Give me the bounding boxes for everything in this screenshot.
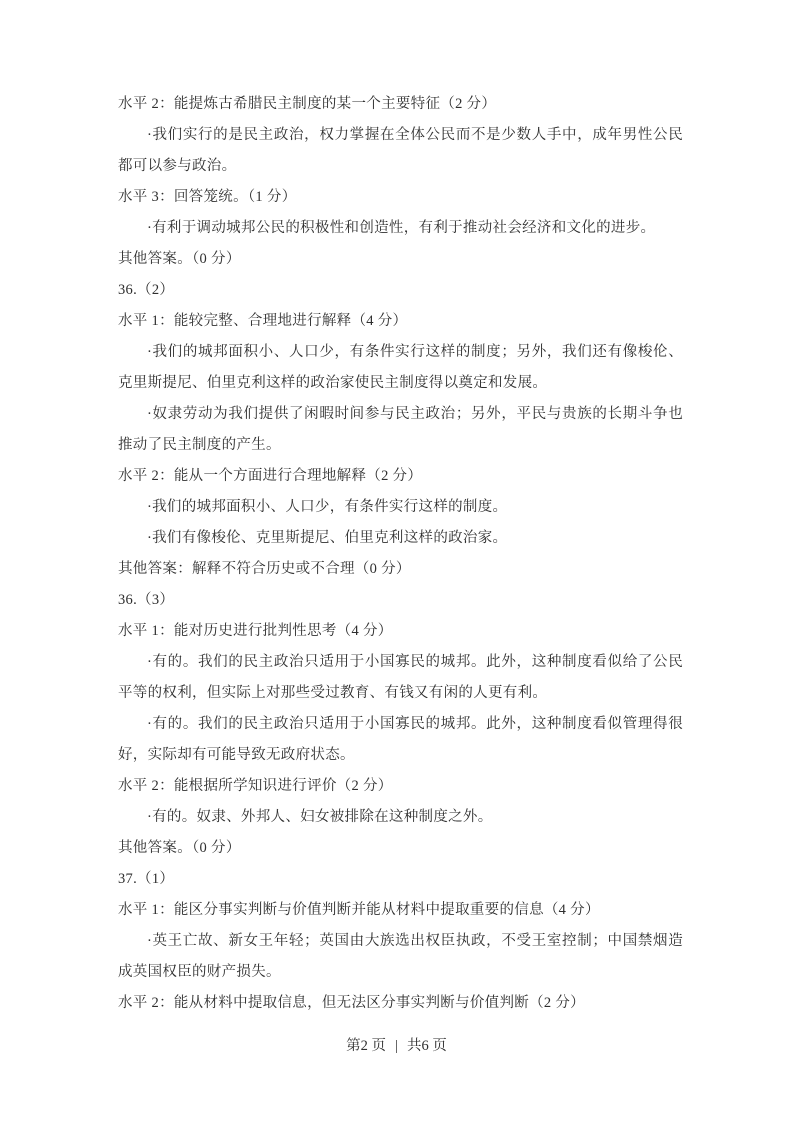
answer-bullet-item: ·有的。奴隶、外邦人、妇女被排除在这种制度之外。 <box>118 802 683 833</box>
answer-bullet-item: ·我们的城邦面积小、人口少，有条件实行这样的制度。 <box>118 492 683 523</box>
rubric-level-heading: 水平 2：能从材料中提取信息，但无法区分事实判断与价值判断（2 分） <box>118 988 683 1019</box>
rubric-level-heading: 水平 1：能区分事实判断与价值判断并能从材料中提取重要的信息（4 分） <box>118 895 683 926</box>
page-number-label: 第2 页 <box>346 1038 386 1054</box>
answer-bullet-item: ·有利于调动城邦公民的积极性和创造性，有利于推动社会经济和文化的进步。 <box>118 213 683 244</box>
footer-separator: | <box>395 1035 398 1057</box>
answer-bullet-item: ·我们有像梭伦、克里斯提尼、伯里克利这样的政治家。 <box>118 523 683 554</box>
answer-bullet-item: ·英王亡故、新女王年轻；英国由大族选出权臣执政，不受王室控制；中国禁烟造成英国权… <box>118 926 683 988</box>
rubric-level-heading: 水平 1：能对历史进行批判性思考（4 分） <box>118 616 683 647</box>
document-body: 水平 2：能提炼古希腊民主制度的某一个主要特征（2 分）·我们实行的是民主政治，… <box>118 89 683 1019</box>
question-number: 36.（2） <box>118 275 683 306</box>
other-answer-line: 其他答案。（0 分） <box>118 833 683 864</box>
document-page: 水平 2：能提炼古希腊民主制度的某一个主要特征（2 分）·我们实行的是民主政治，… <box>0 0 793 1122</box>
other-answer-line: 其他答案。（0 分） <box>118 244 683 275</box>
answer-bullet-item: ·有的。我们的民主政治只适用于小国寡民的城邦。此外，这种制度看似管理得很好，实际… <box>118 709 683 771</box>
rubric-level-heading: 水平 1：能较完整、合理地进行解释（4 分） <box>118 306 683 337</box>
page-total-label: 共6 页 <box>407 1038 447 1054</box>
rubric-level-heading: 水平 2：能从一个方面进行合理地解释（2 分） <box>118 461 683 492</box>
answer-bullet-item: ·我们的城邦面积小、人口少，有条件实行这样的制度；另外，我们还有像梭伦、克里斯提… <box>118 337 683 399</box>
question-number: 36.（3） <box>118 585 683 616</box>
answer-bullet-item: ·我们实行的是民主政治，权力掌握在全体公民而不是少数人手中，成年男性公民都可以参… <box>118 120 683 182</box>
answer-bullet-item: ·奴隶劳动为我们提供了闲暇时间参与民主政治；另外，平民与贵族的长期斗争也推动了民… <box>118 399 683 461</box>
rubric-level-heading: 水平 2：能根据所学知识进行评价（2 分） <box>118 771 683 802</box>
page-footer: 第2 页|共6 页 <box>0 1035 793 1057</box>
rubric-level-heading: 水平 3：回答笼统。（1 分） <box>118 182 683 213</box>
other-answer-line: 其他答案：解释不符合历史或不合理（0 分） <box>118 554 683 585</box>
question-number: 37.（1） <box>118 864 683 895</box>
answer-bullet-item: ·有的。我们的民主政治只适用于小国寡民的城邦。此外，这种制度看似给了公民平等的权… <box>118 647 683 709</box>
rubric-level-heading: 水平 2：能提炼古希腊民主制度的某一个主要特征（2 分） <box>118 89 683 120</box>
